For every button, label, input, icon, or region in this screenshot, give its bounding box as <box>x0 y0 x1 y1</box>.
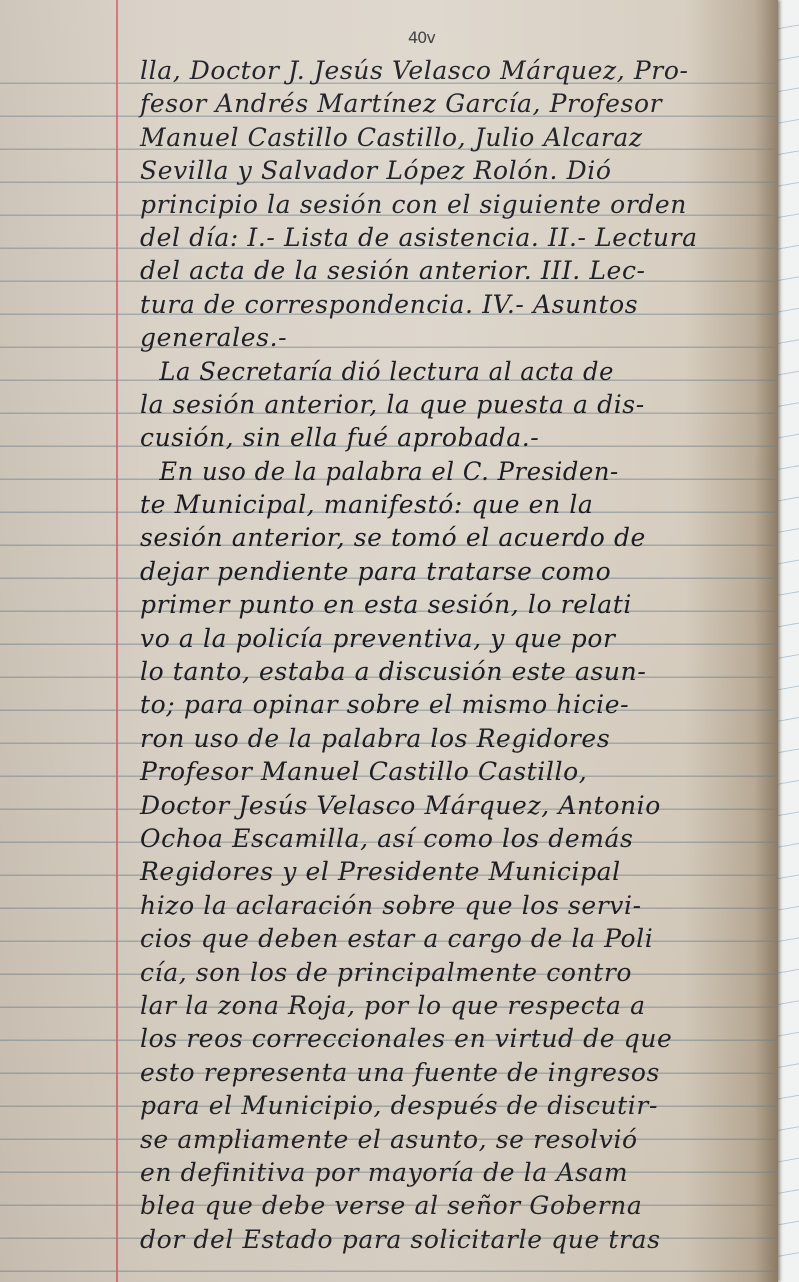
text-line: se ampliamente el asunto, se resolvió <box>140 1123 770 1156</box>
text-line: para el Municipio, después de discutir- <box>140 1089 770 1122</box>
text-line: te Municipal, manifestó: que en la <box>140 488 770 521</box>
text-line: Sevilla y Salvador López Rolón. Dió <box>140 154 770 187</box>
page-number: 40v <box>408 28 435 47</box>
text-line: principio la sesión con el siguiente ord… <box>140 188 770 221</box>
text-line: la sesión anterior, la que puesta a dis- <box>140 388 770 421</box>
red-margin-line <box>116 0 118 1282</box>
text-line: cios que deben estar a cargo de la Poli <box>140 922 770 955</box>
paragraph-start-line: La Secretaría dió lectura al acta de <box>140 355 750 388</box>
text-line: dor del Estado para solicitarle que tras <box>140 1223 770 1256</box>
text-line: hizo la aclaración sobre que los servi- <box>140 889 770 922</box>
text-line: dejar pendiente para tratarse como <box>140 555 770 588</box>
text-line: los reos correccionales en virtud de que <box>140 1022 770 1055</box>
text-line: lo tanto, estaba a discusión este asun- <box>140 655 770 688</box>
text-line: Doctor Jesús Velasco Márquez, Antonio <box>140 789 770 822</box>
text-line: lla, Doctor J. Jesús Velasco Márquez, Pr… <box>140 54 770 87</box>
text-line: ron uso de la palabra los Regidores <box>140 722 770 755</box>
handwritten-text-block: lla, Doctor J. Jesús Velasco Márquez, Pr… <box>140 54 770 1256</box>
text-line: cusión, sin ella fué aprobada.- <box>140 421 770 454</box>
text-line: generales.- <box>140 321 770 354</box>
text-line: Ochoa Escamilla, así como los demás <box>140 822 770 855</box>
text-line: Regidores y el Presidente Municipal <box>140 855 770 888</box>
text-line: fesor Andrés Martínez García, Profesor <box>140 87 770 120</box>
text-line: lar la zona Roja, por lo que respecta a <box>140 989 770 1022</box>
text-line: blea que debe verse al señor Goberna <box>140 1189 770 1222</box>
text-line: en definitiva por mayoría de la Asam <box>140 1156 770 1189</box>
ledger-page: 40v lla, Doctor J. Jesús Velasco Márquez… <box>0 0 778 1282</box>
text-line: cía, son los de principalmente contro <box>140 956 770 989</box>
text-line: to; para opinar sobre el mismo hicie- <box>140 688 770 721</box>
paragraph-start-line: En uso de la palabra el C. Presiden- <box>140 455 750 488</box>
text-line: tura de correspondencia. IV.- Asuntos <box>140 288 770 321</box>
text-line: sesión anterior, se tomó el acuerdo de <box>140 521 770 554</box>
text-line: Profesor Manuel Castillo Castillo, <box>140 755 770 788</box>
text-line: del acta de la sesión anterior. III. Lec… <box>140 254 770 287</box>
text-line: del día: I.- Lista de asistencia. II.- L… <box>140 221 770 254</box>
text-line: primer punto en esta sesión, lo relati <box>140 588 770 621</box>
text-line: esto representa una fuente de ingresos <box>140 1056 770 1089</box>
text-line: vo a la policía preventiva, y que por <box>140 622 770 655</box>
text-line: Manuel Castillo Castillo, Julio Alcaraz <box>140 121 770 154</box>
